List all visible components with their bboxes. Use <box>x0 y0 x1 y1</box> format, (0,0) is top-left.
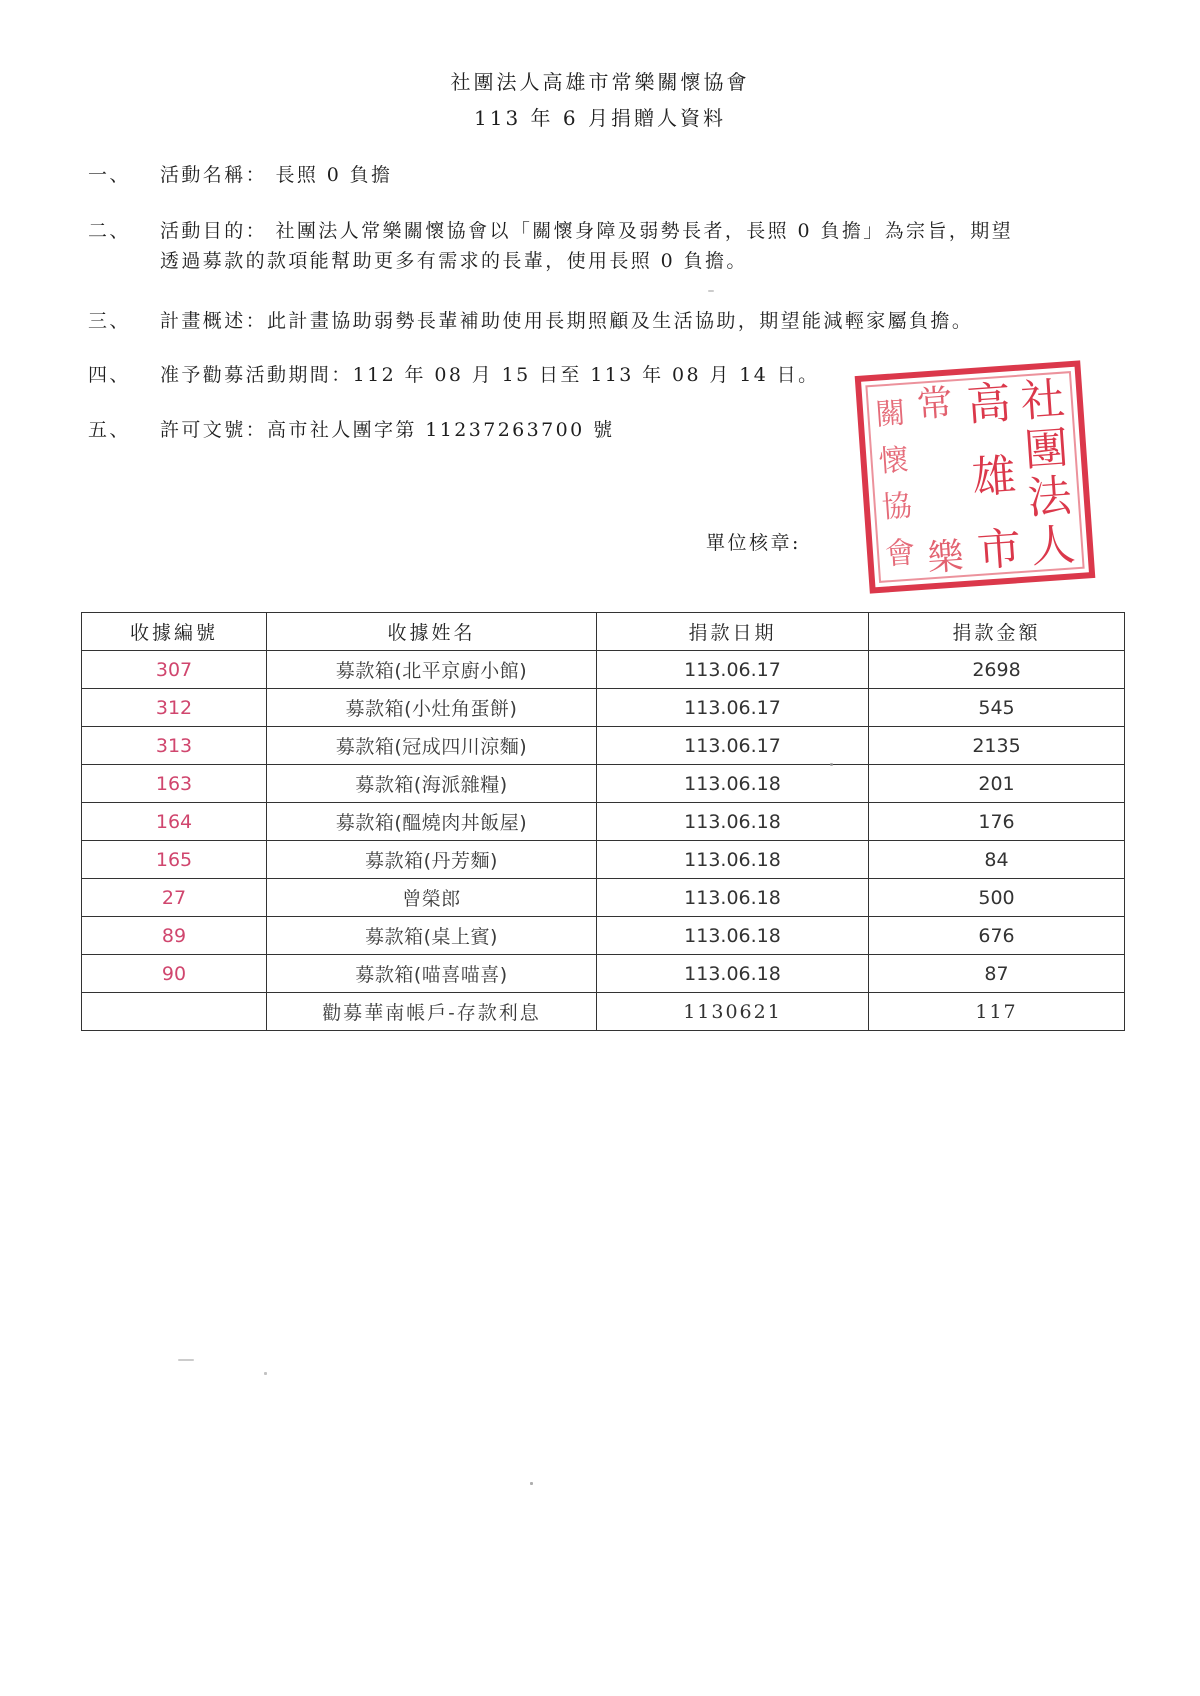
document-page: 社團法人高雄市常樂關懷協會 113 年 6 月捐贈人資料 一、 活動名稱： 長照… <box>0 0 1200 1696</box>
section-number: 五、 <box>88 415 148 445</box>
receipt-number: 313 <box>82 727 267 765</box>
seal-label: 單位核章: <box>706 528 801 555</box>
section-body: 活動名稱： 長照 0 負擔 <box>160 160 392 190</box>
donation-amount: 117 <box>869 993 1125 1031</box>
table-header-row: 收據編號 收據姓名 捐款日期 捐款金額 <box>82 613 1125 651</box>
donation-date: 113.06.17 <box>597 727 869 765</box>
section-number: 二、 <box>88 216 148 246</box>
section-number: 一、 <box>88 160 148 190</box>
stamp-char: 法 <box>1026 475 1073 522</box>
receipt-number: 90 <box>82 955 267 993</box>
official-seal-stamp: 社 團 法 人 高 雄 市 常 樂 關 懷 協 會 <box>855 360 1096 593</box>
section-text: 長照 0 負擔 <box>275 164 392 186</box>
header-donation-date: 捐款日期 <box>597 613 869 651</box>
donation-amount: 84 <box>869 841 1125 879</box>
stamp-column: 高 雄 市 <box>966 381 1023 574</box>
donation-amount: 176 <box>869 803 1125 841</box>
donation-amount: 2698 <box>869 651 1125 689</box>
header-receipt-name: 收據姓名 <box>267 613 597 651</box>
table-row: 89 募款箱(桌上賓) 113.06.18 676 <box>82 917 1125 955</box>
donation-date: 113.06.18 <box>597 879 869 917</box>
donation-date: 113.06.17 <box>597 689 869 727</box>
section-body: 許可文號：高市社人團字第 11237263700 號 <box>160 415 614 445</box>
section-text: 112 年 08 月 15 日至 113 年 08 月 14 日。 <box>353 364 820 386</box>
section-text-continued: 透過募款的款項能幫助更多有需求的長輩，使用長照 0 負擔。 <box>160 246 1013 276</box>
donation-amount: 500 <box>869 879 1125 917</box>
header-donation-amount: 捐款金額 <box>869 613 1125 651</box>
section-body: 活動目的： 社團法人常樂關懷協會以「關懷身障及弱勢長者，長照 0 負擔」為宗旨，… <box>160 216 1013 276</box>
stamp-char: 市 <box>976 527 1023 574</box>
table-row: 307 募款箱(北平京廚小館) 113.06.17 2698 <box>82 651 1125 689</box>
header-receipt-number: 收據編號 <box>82 613 267 651</box>
donation-amount: 545 <box>869 689 1125 727</box>
donation-date: 113.06.18 <box>597 765 869 803</box>
donor-name: 募款箱(桌上賓) <box>267 917 597 955</box>
stamp-char: 人 <box>1030 523 1077 570</box>
table-row: 164 募款箱(醞燒肉丼飯屋) 113.06.18 176 <box>82 803 1125 841</box>
stamp-char: 團 <box>1023 426 1070 473</box>
donation-amount: 201 <box>869 765 1125 803</box>
stamp-char: 高 <box>966 381 1013 428</box>
section-label: 許可文號： <box>160 419 267 441</box>
section-label: 活動目的： <box>160 220 267 242</box>
section-number: 四、 <box>88 360 148 390</box>
section-text: 社團法人常樂關懷協會以「關懷身障及弱勢長者，長照 0 負擔」為宗旨，期望 <box>275 220 1013 242</box>
stamp-char: 常 <box>916 385 954 423</box>
stamp-char: 關 <box>874 399 906 431</box>
donation-amount: 676 <box>869 917 1125 955</box>
table-row: 313 募款箱(冠成四川涼麵) 113.06.17 2135 <box>82 727 1125 765</box>
scan-speck <box>264 1372 267 1375</box>
stamp-column: 關 懷 協 會 <box>874 399 916 571</box>
receipt-number: 312 <box>82 689 267 727</box>
section-number: 三、 <box>88 306 148 336</box>
table-row: 27 曾榮郎 113.06.18 500 <box>82 879 1125 917</box>
receipt-number: 27 <box>82 879 267 917</box>
donor-table: 收據編號 收據姓名 捐款日期 捐款金額 307 募款箱(北平京廚小館) 113.… <box>81 612 1125 1031</box>
receipt-number: 163 <box>82 765 267 803</box>
donor-name: 勸募華南帳戶-存款利息 <box>267 993 597 1031</box>
table-row: 90 募款箱(喵喜喵喜) 113.06.18 87 <box>82 955 1125 993</box>
table-row-interest: 勸募華南帳戶-存款利息 1130621 117 <box>82 993 1125 1031</box>
stamp-column: 社 團 法 人 <box>1019 378 1076 571</box>
donation-amount: 87 <box>869 955 1125 993</box>
section-label: 活動名稱： <box>160 164 267 186</box>
stamp-char: 懷 <box>878 445 910 477</box>
receipt-number <box>82 993 267 1031</box>
donor-name: 募款箱(小灶角蛋餅) <box>267 689 597 727</box>
document-subtitle: 113 年 6 月捐贈人資料 <box>0 102 1200 131</box>
section-label: 准予勸募活動期間： <box>160 364 353 386</box>
donor-name: 曾榮郎 <box>267 879 597 917</box>
donor-name: 募款箱(醞燒肉丼飯屋) <box>267 803 597 841</box>
section-body: 計畫概述：此計畫協助弱勢長輩補助使用長期照顧及生活協助，期望能減輕家屬負擔。 <box>160 306 973 336</box>
scan-speck <box>708 290 714 292</box>
donation-date: 1130621 <box>597 993 869 1031</box>
donation-date: 113.06.18 <box>597 917 869 955</box>
table-row: 165 募款箱(丹芳麵) 113.06.18 84 <box>82 841 1125 879</box>
section-text: 此計畫協助弱勢長輩補助使用長期照顧及生活協助，期望能減輕家屬負擔。 <box>267 310 973 332</box>
receipt-number: 164 <box>82 803 267 841</box>
donor-name: 募款箱(海派雜糧) <box>267 765 597 803</box>
scan-speck <box>178 1359 194 1361</box>
section-body: 准予勸募活動期間：112 年 08 月 15 日至 113 年 08 月 14 … <box>160 360 819 390</box>
donor-name: 募款箱(北平京廚小館) <box>267 651 597 689</box>
table-row: 312 募款箱(小灶角蛋餅) 113.06.17 545 <box>82 689 1125 727</box>
receipt-number: 89 <box>82 917 267 955</box>
stamp-column: 常 樂 <box>916 385 965 577</box>
scan-speck <box>830 763 833 766</box>
donation-amount: 2135 <box>869 727 1125 765</box>
table-row: 163 募款箱(海派雜糧) 113.06.18 201 <box>82 765 1125 803</box>
donation-date: 113.06.17 <box>597 651 869 689</box>
donor-name: 募款箱(丹芳麵) <box>267 841 597 879</box>
stamp-char: 樂 <box>926 539 964 577</box>
section-label: 計畫概述： <box>160 310 267 332</box>
stamp-char: 雄 <box>971 454 1018 501</box>
receipt-number: 165 <box>82 841 267 879</box>
stamp-char: 會 <box>884 538 916 570</box>
donation-date: 113.06.18 <box>597 841 869 879</box>
donor-name: 募款箱(喵喜喵喜) <box>267 955 597 993</box>
receipt-number: 307 <box>82 651 267 689</box>
donor-name: 募款箱(冠成四川涼麵) <box>267 727 597 765</box>
section-text: 高市社人團字第 11237263700 號 <box>267 419 614 441</box>
stamp-char: 協 <box>881 492 913 524</box>
document-title: 社團法人高雄市常樂關懷協會 <box>0 66 1200 95</box>
donation-date: 113.06.18 <box>597 803 869 841</box>
donation-date: 113.06.18 <box>597 955 869 993</box>
stamp-char: 社 <box>1019 378 1066 425</box>
scan-speck <box>530 1482 533 1485</box>
